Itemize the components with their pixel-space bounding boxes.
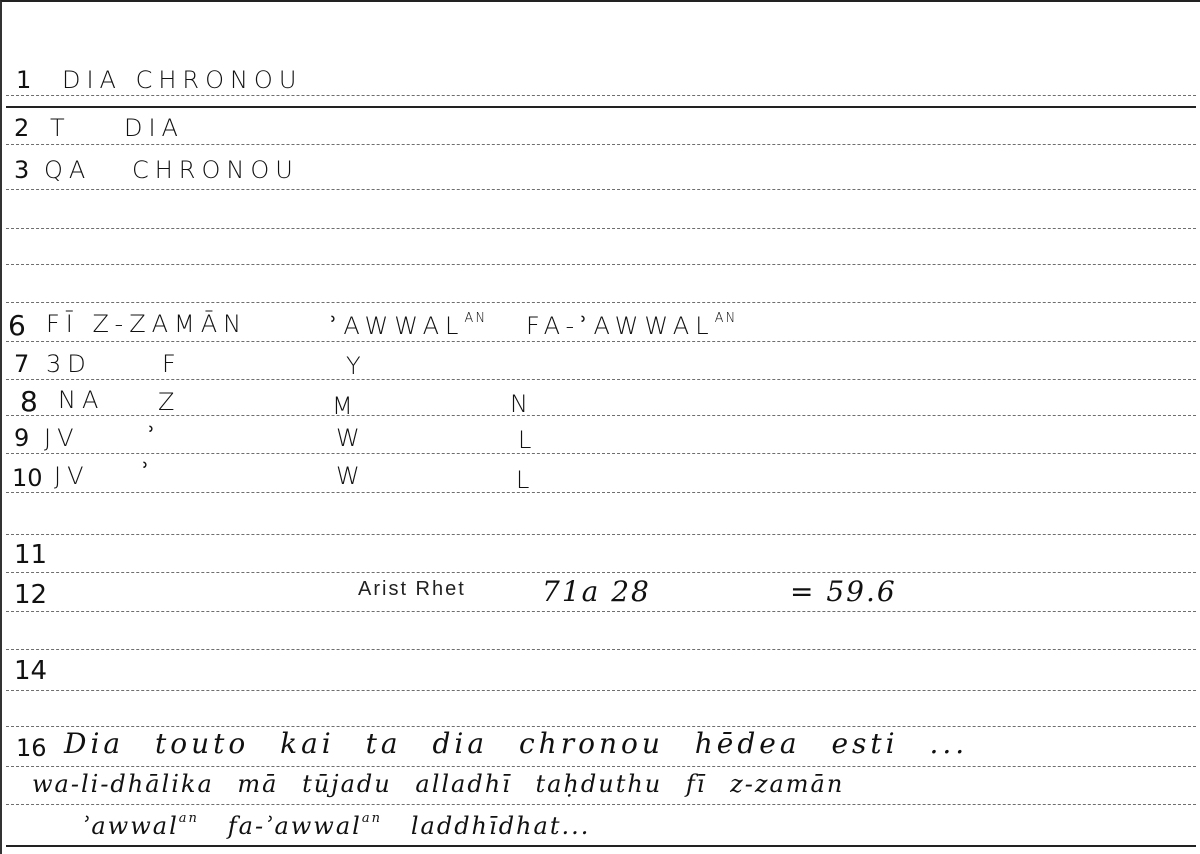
- ruled-line: [6, 264, 1196, 265]
- siglum: NA: [58, 388, 104, 412]
- line-number: 16: [16, 736, 47, 760]
- ruled-line: [6, 379, 1196, 380]
- variant: F: [162, 352, 182, 376]
- line-number: 7: [14, 352, 29, 376]
- variant: ʾ: [142, 460, 155, 484]
- line-number: 11: [14, 542, 47, 568]
- ruled-line: [6, 415, 1196, 416]
- variant: Z: [158, 390, 180, 414]
- arabic-phrase: FĪ Z-ZAMĀN: [46, 312, 247, 336]
- variant: L: [516, 468, 535, 492]
- greek-text: Dia touto kai ta dia chronou hēdea esti …: [64, 730, 968, 758]
- line-number: 1: [16, 68, 31, 92]
- ruled-line: [6, 804, 1196, 805]
- variant: M: [332, 394, 359, 418]
- header-rule: [6, 106, 1196, 108]
- siglum: T: [50, 116, 71, 140]
- ruled-line: [6, 766, 1196, 767]
- ruled-line: [6, 95, 1196, 96]
- siglum: QA: [44, 158, 91, 182]
- siglum: JV: [54, 464, 90, 488]
- ruled-line: [6, 189, 1196, 190]
- arabic-translation-line-1: wa-li-dhālika mā tūjadu alladhī taḥduthu…: [32, 772, 844, 796]
- ruled-line: [6, 649, 1196, 650]
- arabic-word: ʾAWWALAN: [330, 312, 487, 338]
- arabic-translation-line-2: ʾawwalan fa-ʾawwalan laddhīdhat...: [82, 812, 590, 838]
- line-number: 12: [14, 582, 47, 608]
- ruled-line: [6, 534, 1196, 535]
- ruled-line: [6, 572, 1196, 573]
- ruled-line: [6, 302, 1196, 303]
- arabic-word: FA-ʾAWWALAN: [526, 312, 737, 338]
- line-number: 10: [12, 466, 43, 490]
- ruled-line: [6, 453, 1196, 454]
- text-word: DIA: [124, 116, 184, 140]
- line-number: 14: [14, 658, 47, 684]
- variant: ʾ: [148, 424, 161, 448]
- variant: W: [336, 464, 366, 488]
- siglum: JV: [44, 426, 80, 450]
- variant: W: [336, 426, 366, 450]
- siglum: 3D: [46, 352, 92, 376]
- ruled-line: [6, 341, 1196, 342]
- card-title: DIA CHRONOU: [62, 68, 302, 92]
- ruled-line: [6, 690, 1196, 691]
- ruled-line: [6, 611, 1196, 612]
- line-number: 6: [8, 312, 26, 340]
- variant: N: [510, 392, 534, 416]
- line-number: 8: [20, 388, 38, 416]
- variant: Y: [346, 354, 367, 378]
- line-number: 2: [14, 116, 29, 140]
- line-number: 9: [14, 426, 29, 450]
- ruled-line: [6, 144, 1196, 145]
- line-number: 3: [14, 158, 29, 182]
- variant: L: [518, 428, 537, 452]
- ruled-line: [6, 228, 1196, 229]
- ruled-line: [6, 492, 1196, 493]
- reference-locus: 71a 28: [542, 578, 651, 606]
- reference-work: Arist Rhet: [358, 578, 466, 601]
- text-word: CHRONOU: [132, 158, 299, 182]
- index-card: 1 DIA CHRONOU 2 T DIA 3 QA CHRONOU 6 FĪ …: [0, 0, 1200, 854]
- reference-equivalent: = 59.6: [790, 578, 897, 606]
- bottom-rule: [6, 845, 1196, 847]
